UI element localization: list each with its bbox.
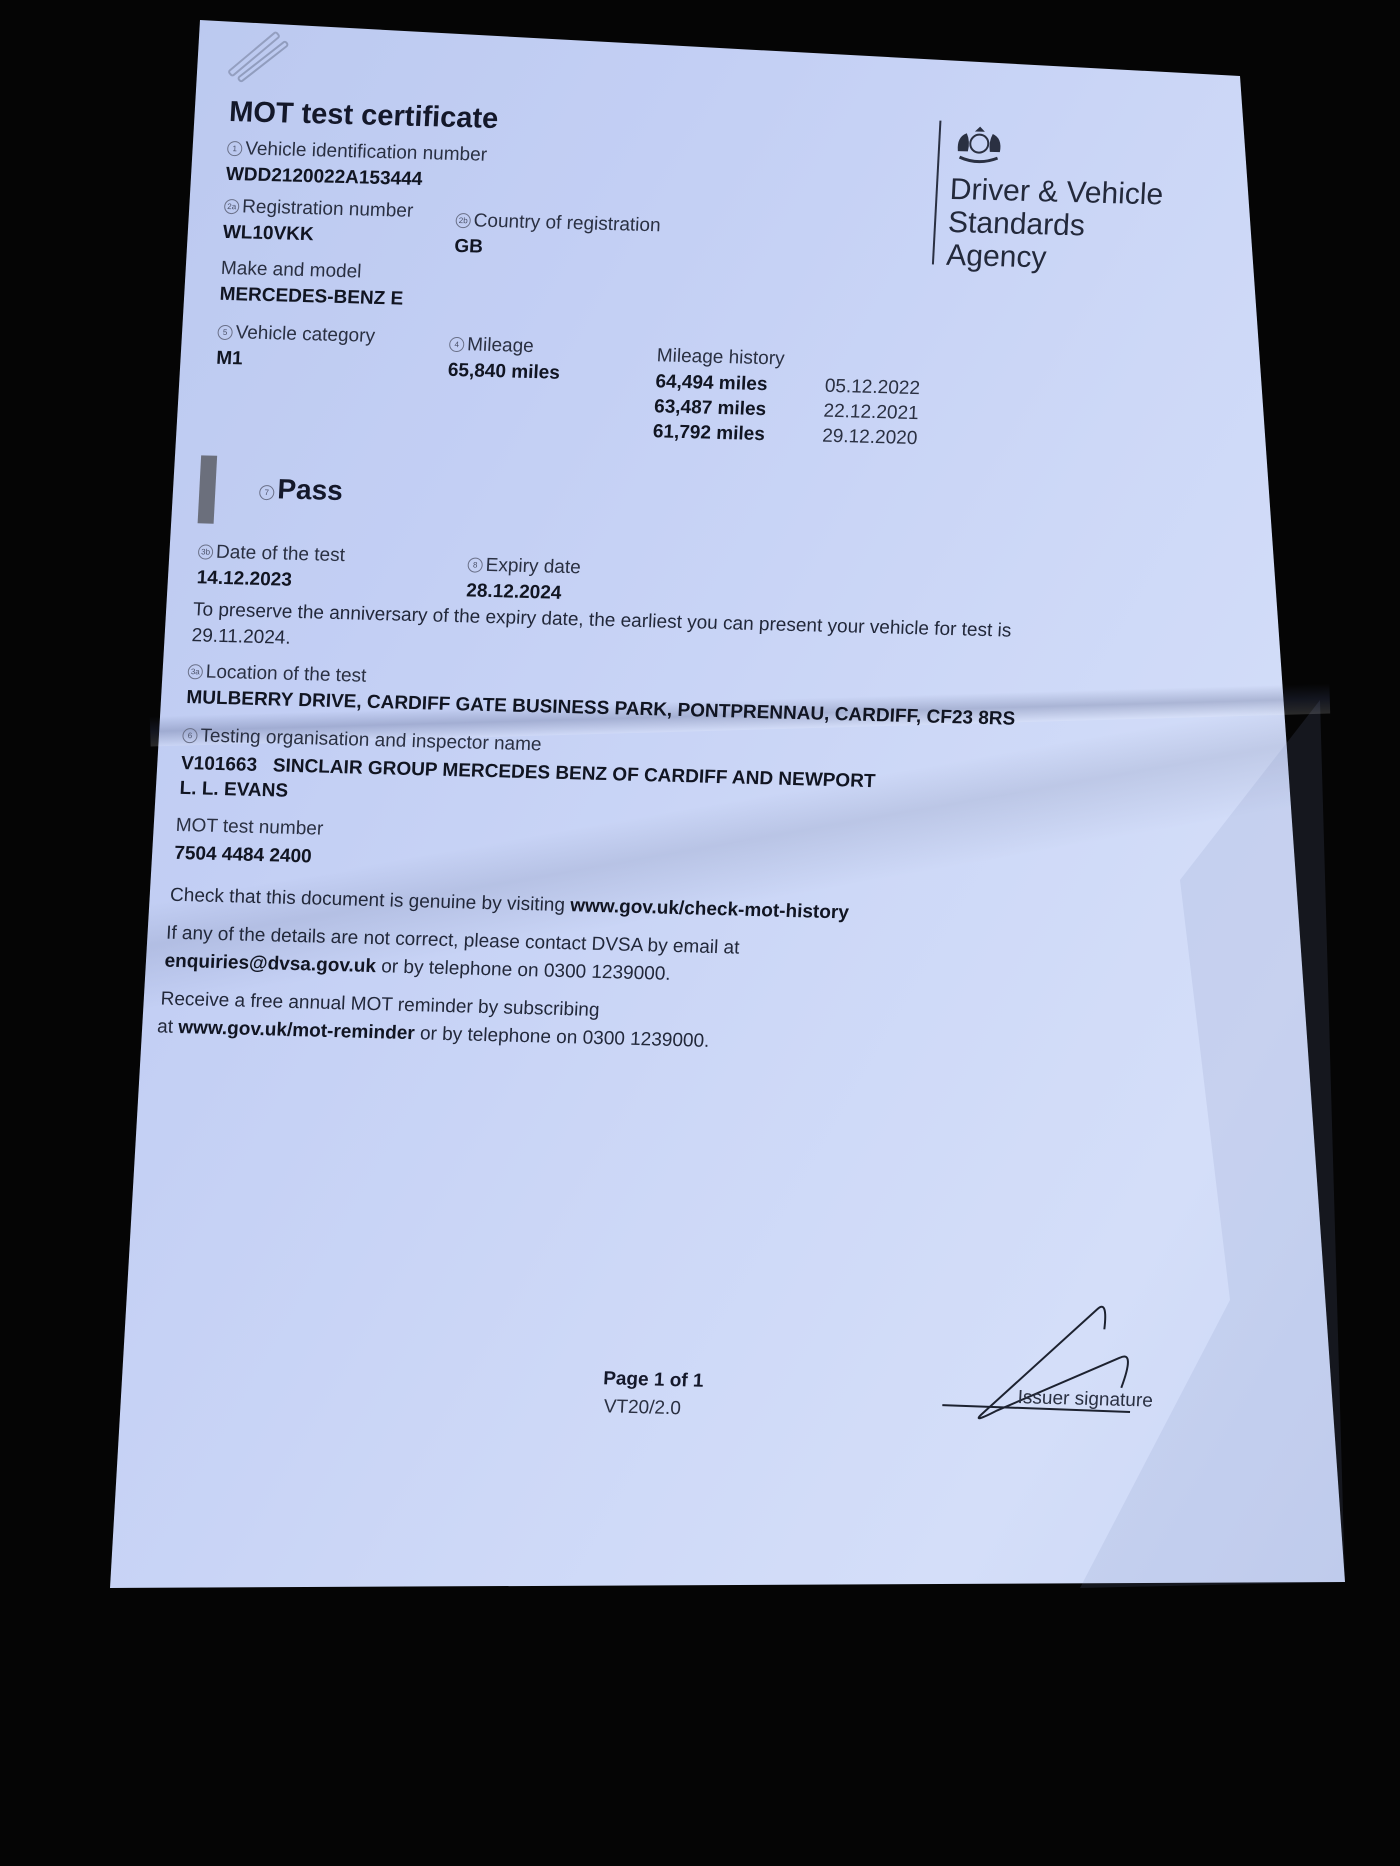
issuer-name: Driver & Vehicle Standards Agency [946,173,1165,277]
anniversary-note-line-2: 29.11.2024. [191,625,291,650]
reminder-prefix: at [157,1016,179,1038]
history-miles: 63,487 miles [654,396,820,422]
royal-coat-of-arms-icon [951,121,1007,166]
mileage-history-label: Mileage history [656,345,785,370]
registration-label-text: Registration number [242,196,414,221]
test-date-value: 14.12.2023 [196,567,292,591]
result: 7Pass [259,473,344,507]
page-indicator: Page 1 of 1 [603,1368,704,1393]
issuer-line-2: Standards [947,206,1162,245]
category-value: M1 [216,348,244,371]
mileage-label-text: Mileage [467,334,535,357]
test-date-label-text: Date of the test [216,542,346,566]
field-number-badge: 3a [187,664,203,679]
history-miles: 61,792 miles [652,421,818,447]
category-label-text: Vehicle category [235,322,375,347]
history-date: 22.12.2021 [823,401,919,424]
issuer-line-3: Agency [946,239,1161,278]
test-date-label: 3bDate of the test [198,541,346,567]
mileage-label: 4Mileage [449,334,535,358]
field-number-badge: 4 [449,337,465,352]
site-id: V101663 [180,753,257,776]
history-miles: 64,494 miles [655,371,821,397]
field-number-badge: 7 [259,485,275,500]
location-label-text: Location of the test [205,662,367,687]
field-number-badge: 2b [455,213,471,228]
field-number-badge: 1 [227,141,243,156]
form-code: VT20/2.0 [603,1396,681,1420]
expiry-date-label: 8Expiry date [467,554,581,579]
field-number-badge: 5 [217,325,233,340]
expiry-date-label-text: Expiry date [485,555,581,578]
history-date: 05.12.2022 [824,376,920,399]
issuer-signature [940,1295,1188,1451]
result-status: Pass [277,473,344,506]
field-number-badge: 2a [224,199,240,214]
dvsa-email-link[interactable]: enquiries@dvsa.gov.uk [164,951,376,978]
location-label: 3aLocation of the test [187,661,367,688]
field-number-badge: 8 [467,557,483,572]
expiry-date-value: 28.12.2024 [466,580,562,604]
test-number-label: MOT test number [175,815,324,841]
mileage-value: 65,840 miles [447,360,560,385]
country-label-text: Country of registration [473,210,661,236]
issuer-line-1: Driver & Vehicle [949,173,1164,212]
country-value: GB [454,236,484,259]
test-number-value: 7504 4484 2400 [174,843,312,869]
field-number-badge: 3b [198,544,214,559]
category-label: 5Vehicle category [217,322,376,348]
signature-label: Issuer signature [1017,1387,1153,1413]
document-title: MOT test certificate [228,96,499,136]
make-model-label: Make and model [220,258,362,284]
inspector-name: L. L. EVANS [179,778,289,803]
mileage-history-list: 64,494 miles 05.12.2022 63,487 miles 22.… [652,371,920,453]
history-date: 29.12.2020 [822,426,918,449]
field-number-badge: 6 [182,728,198,743]
registration-value: WL10VKK [222,222,314,246]
